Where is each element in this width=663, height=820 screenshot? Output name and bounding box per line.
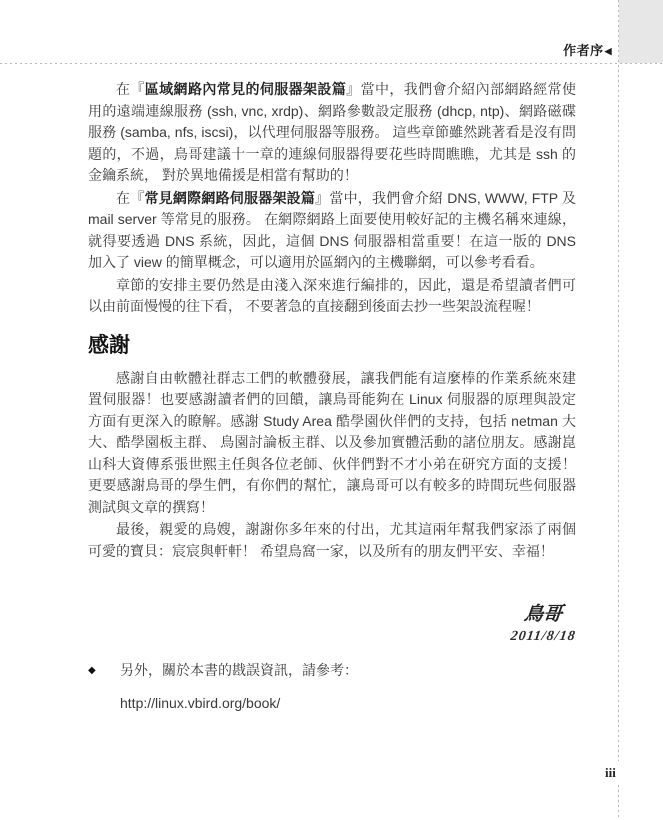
paragraph-1-pre: 在『 (116, 81, 145, 97)
running-header: 作者序◀ (360, 40, 612, 59)
errata-url[interactable]: http://linux.vbird.org/book/ (120, 693, 568, 714)
errata-note-block: ◆ 另外，關於本書的戡誤資訊，請參考： http://linux.vbird.o… (88, 660, 568, 714)
errata-note-text: 另外，關於本書的戡誤資訊，請參考： (120, 660, 358, 681)
paragraph-lan-servers: 在『區域網路內常見的伺服器架設篇』當中，我們會介紹內部網路經常使用的遠端連線服務… (88, 79, 576, 187)
paragraph-acknowledgements: 感謝自由軟體社群志工們的軟體發展，讓我們能有這麼棒的作業系統來建置伺服器！也要感… (88, 368, 576, 519)
signature-date: 2011/8/18 (467, 628, 620, 646)
author-signature-block: 鳥哥 2011/8/18 (468, 602, 618, 646)
book-page: 作者序◀ 在『區域網路內常見的伺服器架設篇』當中，我們會介紹內部網路經常使用的遠… (0, 0, 663, 820)
margin-dashed-rule (618, 0, 619, 820)
header-dashed-rule (0, 63, 663, 64)
paragraph-2-section-title: 常見網際網路伺服器架設篇 (144, 190, 315, 206)
body-content: 在『區域網路內常見的伺服器架設篇』當中，我們會介紹內部網路經常使用的遠端連線服務… (88, 79, 576, 563)
paragraph-1-section-title: 區域網路內常見的伺服器架設篇 (145, 81, 346, 97)
paragraph-chapter-order: 章節的安排主要仍然是由淺入深來進行編排的，因此，還是希望讀者們可以由前面慢慢的往… (88, 275, 576, 318)
running-header-title: 作者序 (563, 43, 604, 58)
page-number: iii (601, 761, 620, 785)
corner-tab (619, 0, 663, 63)
left-triangle-icon: ◀ (605, 46, 612, 56)
author-signature: 鳥哥 (467, 602, 620, 628)
paragraph-family-thanks: 最後，親愛的鳥嫂，謝謝你多年來的付出，尤其這兩年幫我們家添了兩個可愛的寶貝：宸宸… (88, 519, 576, 562)
diamond-bullet-icon: ◆ (88, 660, 120, 681)
paragraph-internet-servers: 在『常見網際網路伺服器架設篇』當中，我們會介紹 DNS, WWW, FTP 及 … (88, 188, 576, 274)
paragraph-2-pre: 在『 (116, 190, 144, 206)
thanks-heading: 感謝 (88, 332, 576, 358)
